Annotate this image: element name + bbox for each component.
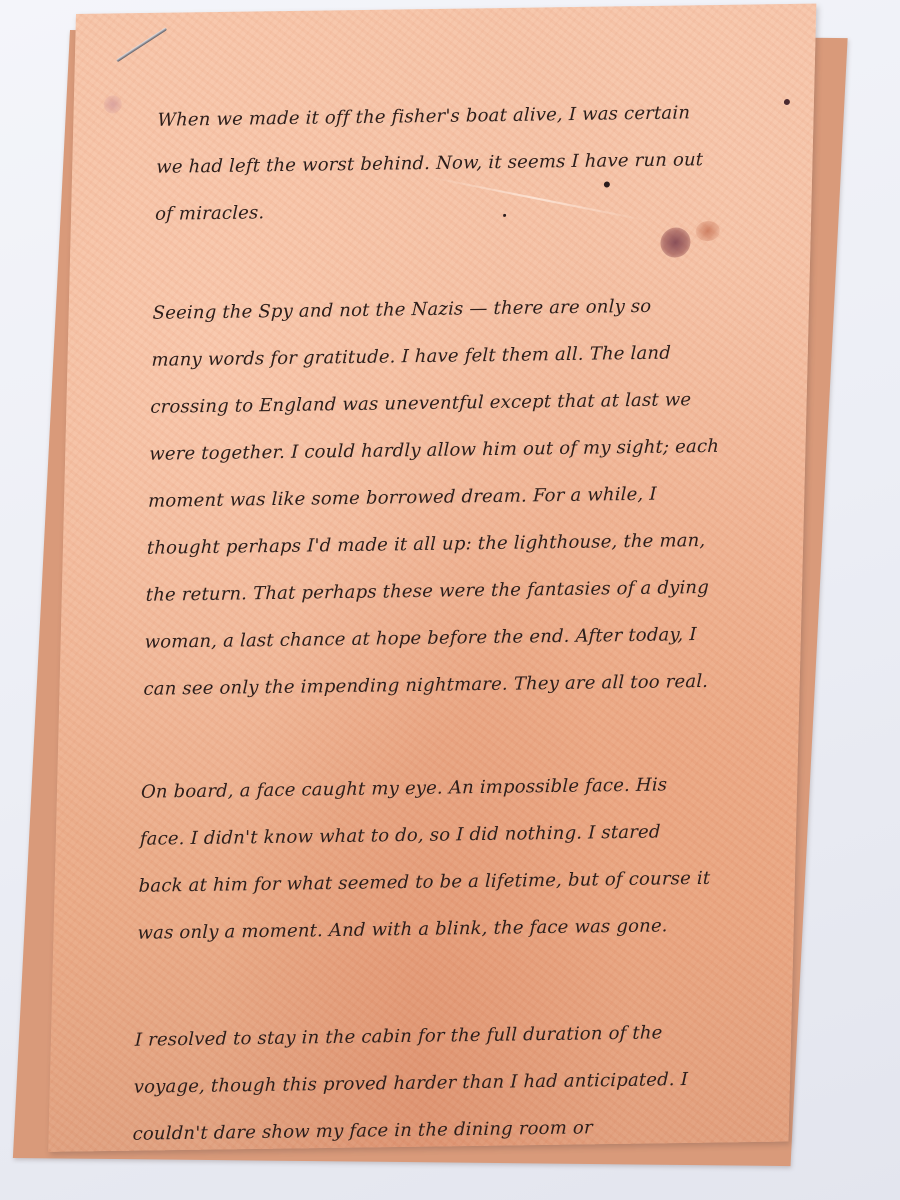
- text-line: face. I didn't know what to do, so I did…: [139, 807, 750, 863]
- paragraph-4: I resolved to stay in the cabin for the …: [132, 1008, 746, 1158]
- ink-dot: [784, 99, 790, 105]
- text-line: couldn't dare show my face in the dining…: [132, 1102, 743, 1158]
- text-line: When we made it off the fisher's boat al…: [157, 88, 768, 144]
- paragraph-spacer: [142, 704, 754, 769]
- letter-page: When we made it off the fisher's boat al…: [48, 4, 816, 1152]
- text-line: were together. I could hardly allow him …: [149, 422, 760, 478]
- text-line: crossing to England was uneventful excep…: [150, 375, 761, 431]
- paragraph-2: Seeing the Spy and not the Nazis — there…: [143, 281, 764, 712]
- paragraph-spacer: [153, 229, 765, 290]
- text-line: can see only the impending nightmare. Th…: [143, 657, 754, 713]
- text-line: moment was like some borrowed dream. For…: [148, 469, 759, 525]
- paragraph-1: When we made it off the fisher's boat al…: [155, 88, 769, 238]
- text-line: was only a moment. And with a blink, the…: [137, 901, 748, 957]
- text-line: voyage, though this proved harder than I…: [133, 1055, 744, 1111]
- paragraph-spacer: [135, 948, 747, 1017]
- text-line: back at him for what seemed to be a life…: [138, 854, 749, 910]
- paragraph-3: On board, a face caught my eye. An impos…: [137, 760, 752, 956]
- text-line: thought perhaps I'd made it all up: the …: [146, 516, 757, 572]
- staple-icon: [116, 27, 167, 62]
- paper-stain: [104, 95, 122, 113]
- text-line: we had left the worst behind. Now, it se…: [156, 135, 767, 191]
- text-line: of miracles.: [155, 182, 766, 238]
- handwritten-text: When we made it off the fisher's boat al…: [132, 88, 768, 1157]
- text-line: On board, a face caught my eye. An impos…: [140, 760, 751, 816]
- text-line: many words for gratitude. I have felt th…: [151, 328, 762, 384]
- text-line: woman, a last chance at hope before the …: [144, 610, 755, 666]
- text-line: the return. That perhaps these were the …: [145, 563, 756, 619]
- text-line: I resolved to stay in the cabin for the …: [134, 1008, 745, 1064]
- text-line: Seeing the Spy and not the Nazis — there…: [152, 281, 763, 337]
